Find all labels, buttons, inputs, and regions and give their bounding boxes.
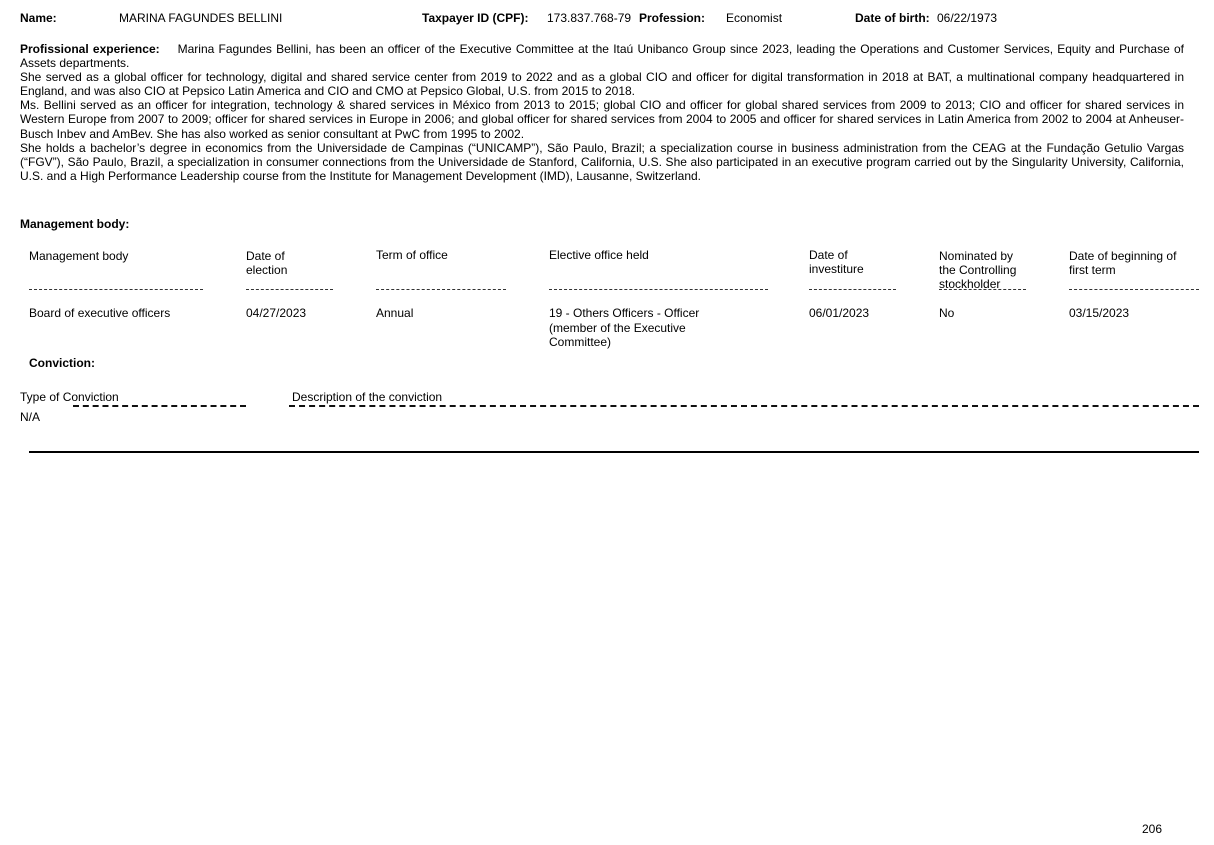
header-underline bbox=[809, 289, 896, 290]
cell-management-body: Board of executive officers bbox=[29, 306, 170, 321]
taxpayer-id-value: 173.837.768-79 bbox=[547, 11, 631, 25]
cell-term-of-office: Annual bbox=[376, 306, 413, 321]
cell-elective-office-held: 19 - Others Officers - Officer (member o… bbox=[549, 306, 739, 350]
column-header-elective-office-held: Elective office held bbox=[549, 248, 749, 262]
professional-experience: Profissional experience:Marina Fagundes … bbox=[20, 42, 1184, 183]
header-underline bbox=[939, 289, 1026, 290]
page-number: 206 bbox=[1142, 822, 1162, 836]
experience-paragraph: Profissional experience:Marina Fagundes … bbox=[20, 42, 1184, 70]
column-header-type-of-conviction: Type of Conviction bbox=[20, 390, 119, 404]
profession-label: Profession: bbox=[639, 11, 705, 25]
column-header-description-of-conviction: Description of the conviction bbox=[292, 390, 442, 404]
profession-value: Economist bbox=[726, 11, 782, 25]
header-underline bbox=[246, 289, 333, 290]
name-value: MARINA FAGUNDES BELLINI bbox=[119, 11, 282, 25]
header-underline bbox=[29, 289, 203, 290]
section-divider bbox=[29, 451, 1199, 453]
conviction-section-label: Conviction: bbox=[29, 356, 95, 370]
cell-date-of-investiture: 06/01/2023 bbox=[809, 306, 869, 321]
experience-label: Profissional experience: bbox=[20, 42, 160, 56]
column-header-date-of-election: Date of election bbox=[246, 249, 316, 277]
cell-type-of-conviction: N/A bbox=[20, 410, 40, 424]
cell-date-first-term: 03/15/2023 bbox=[1069, 306, 1129, 321]
management-body-section-label: Management body: bbox=[20, 217, 129, 231]
header-underline bbox=[73, 405, 246, 407]
experience-paragraph: She holds a bachelor’s degree in economi… bbox=[20, 141, 1184, 183]
header-underline bbox=[549, 289, 768, 290]
column-header-date-first-term: Date of beginning of first term bbox=[1069, 249, 1179, 277]
header-underline bbox=[289, 405, 1199, 407]
cell-nominated-by-controlling: No bbox=[939, 306, 954, 321]
column-header-nominated-by-controlling: Nominated by the Controlling stockholder bbox=[939, 249, 1031, 291]
taxpayer-id-label: Taxpayer ID (CPF): bbox=[422, 11, 528, 25]
name-label: Name: bbox=[20, 11, 57, 25]
cell-date-of-election: 04/27/2023 bbox=[246, 306, 306, 321]
column-header-term-of-office: Term of office bbox=[376, 248, 506, 262]
experience-paragraph: Ms. Bellini served as an officer for int… bbox=[20, 98, 1184, 140]
column-header-management-body: Management body bbox=[29, 249, 209, 263]
header-underline bbox=[376, 289, 506, 290]
header-underline bbox=[1069, 289, 1199, 290]
experience-text: Marina Fagundes Bellini, has been an off… bbox=[20, 42, 1184, 70]
date-of-birth-value: 06/22/1973 bbox=[937, 11, 997, 25]
column-header-date-of-investiture: Date of investiture bbox=[809, 248, 884, 276]
experience-paragraph: She served as a global officer for techn… bbox=[20, 70, 1184, 98]
date-of-birth-label: Date of birth: bbox=[855, 11, 930, 25]
